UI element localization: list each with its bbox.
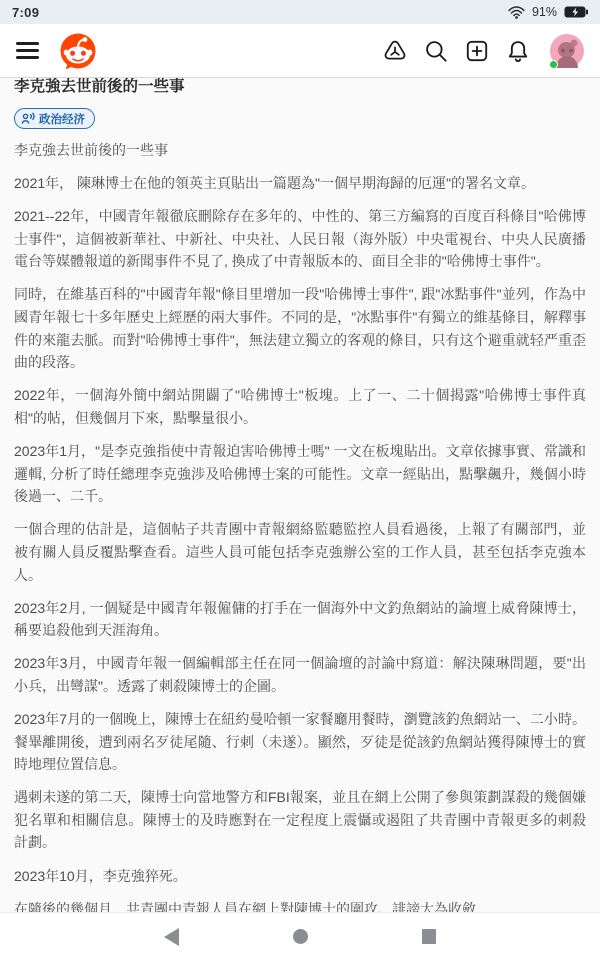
post-paragraph: 同時，在維基百科的"中國青年報"條目里增加一段"哈佛博士事件", 跟"冰點事件"… bbox=[14, 283, 586, 373]
flair-label: 政治经济 bbox=[39, 111, 85, 127]
android-nav-bar bbox=[0, 912, 600, 960]
post-paragraph: 2023年1月，"是李克強指使中青報迫害哈佛博士嗎" 一文在板塊貼出。文章依據事… bbox=[14, 440, 586, 508]
post-paragraph: 2023年2月, 一個疑是中國青年報僱傭的打手在一個海外中文釣魚網站的論壇上威脅… bbox=[14, 597, 586, 642]
post-paragraph: 2021年， 陳琳博士在他的領英主頁貼出一篇題為"一個早期海歸的厄運"的署名文章… bbox=[14, 172, 586, 195]
online-status-dot bbox=[549, 60, 558, 69]
back-icon[interactable] bbox=[164, 928, 179, 946]
post-title: 李克強去世前後的一些事 bbox=[14, 78, 586, 96]
recents-icon[interactable] bbox=[422, 929, 437, 944]
flair-speaker-icon bbox=[21, 112, 35, 125]
create-post-icon[interactable] bbox=[463, 37, 490, 64]
reddit-app-screen: 7:09 91% bbox=[0, 0, 600, 960]
search-icon[interactable] bbox=[422, 37, 449, 64]
avatar-builder-icon[interactable] bbox=[381, 37, 408, 64]
wifi-icon bbox=[508, 6, 525, 19]
post-flair-badge[interactable]: 政治经济 bbox=[14, 108, 95, 129]
post-paragraph: 2023年10月，李克強猝死。 bbox=[14, 865, 586, 888]
hamburger-menu-icon[interactable] bbox=[16, 42, 39, 58]
clock-time: 7:09 bbox=[12, 5, 39, 20]
post-paragraph: 2021--22年，中國青年報徹底刪除存在多年的、中性的、第三方編寫的百度百科條… bbox=[14, 205, 586, 273]
post-paragraph: 2023年3月，中國青年報一個編輯部主任在同一個論壇的討論中寫道：解決陳琳問題，… bbox=[14, 652, 586, 697]
notifications-bell-icon[interactable] bbox=[504, 37, 531, 64]
user-avatar[interactable] bbox=[550, 34, 584, 68]
battery-charging-icon bbox=[564, 6, 588, 18]
post-paragraph: 一個合理的估計是，這個帖子共青團中青報網絡監聽監控人員看過後，上報了有關部門，並… bbox=[14, 518, 586, 586]
post-paragraph: 遇刺未遂的第二天，陳博士向當地警方和FBI報案，並且在網上公開了參與策劃謀殺的幾… bbox=[14, 786, 586, 854]
post-paragraph: 2022年，一個海外簡中網站開闢了"哈佛博士"板塊。上了一、二十個揭露"哈佛博士… bbox=[14, 384, 586, 429]
app-header bbox=[0, 24, 600, 78]
reddit-snoo-logo[interactable] bbox=[59, 32, 97, 70]
post-paragraph: 2023年7月的一個晚上，陳博士在紐約曼哈頓一家餐廳用餐時，瀏覽該釣魚網站一、二… bbox=[14, 708, 586, 776]
post-body: 李克強去世前後的一些事 2021年， 陳琳博士在他的領英主頁貼出一篇題為"一個早… bbox=[14, 139, 586, 912]
home-icon[interactable] bbox=[293, 929, 308, 944]
post-paragraph: 在隨後的幾個月，共青團中青報人員在網上對陳博士的圍攻、誹謗大為收斂 bbox=[14, 898, 586, 912]
battery-percent-label: 91% bbox=[532, 5, 557, 19]
post-paragraph: 李克強去世前後的一些事 bbox=[14, 139, 586, 162]
status-bar: 7:09 91% bbox=[0, 0, 600, 24]
post-content: 李克強去世前後的一些事 政治经济 李克強去世前後的一些事 2021年， 陳琳博士… bbox=[0, 78, 600, 912]
